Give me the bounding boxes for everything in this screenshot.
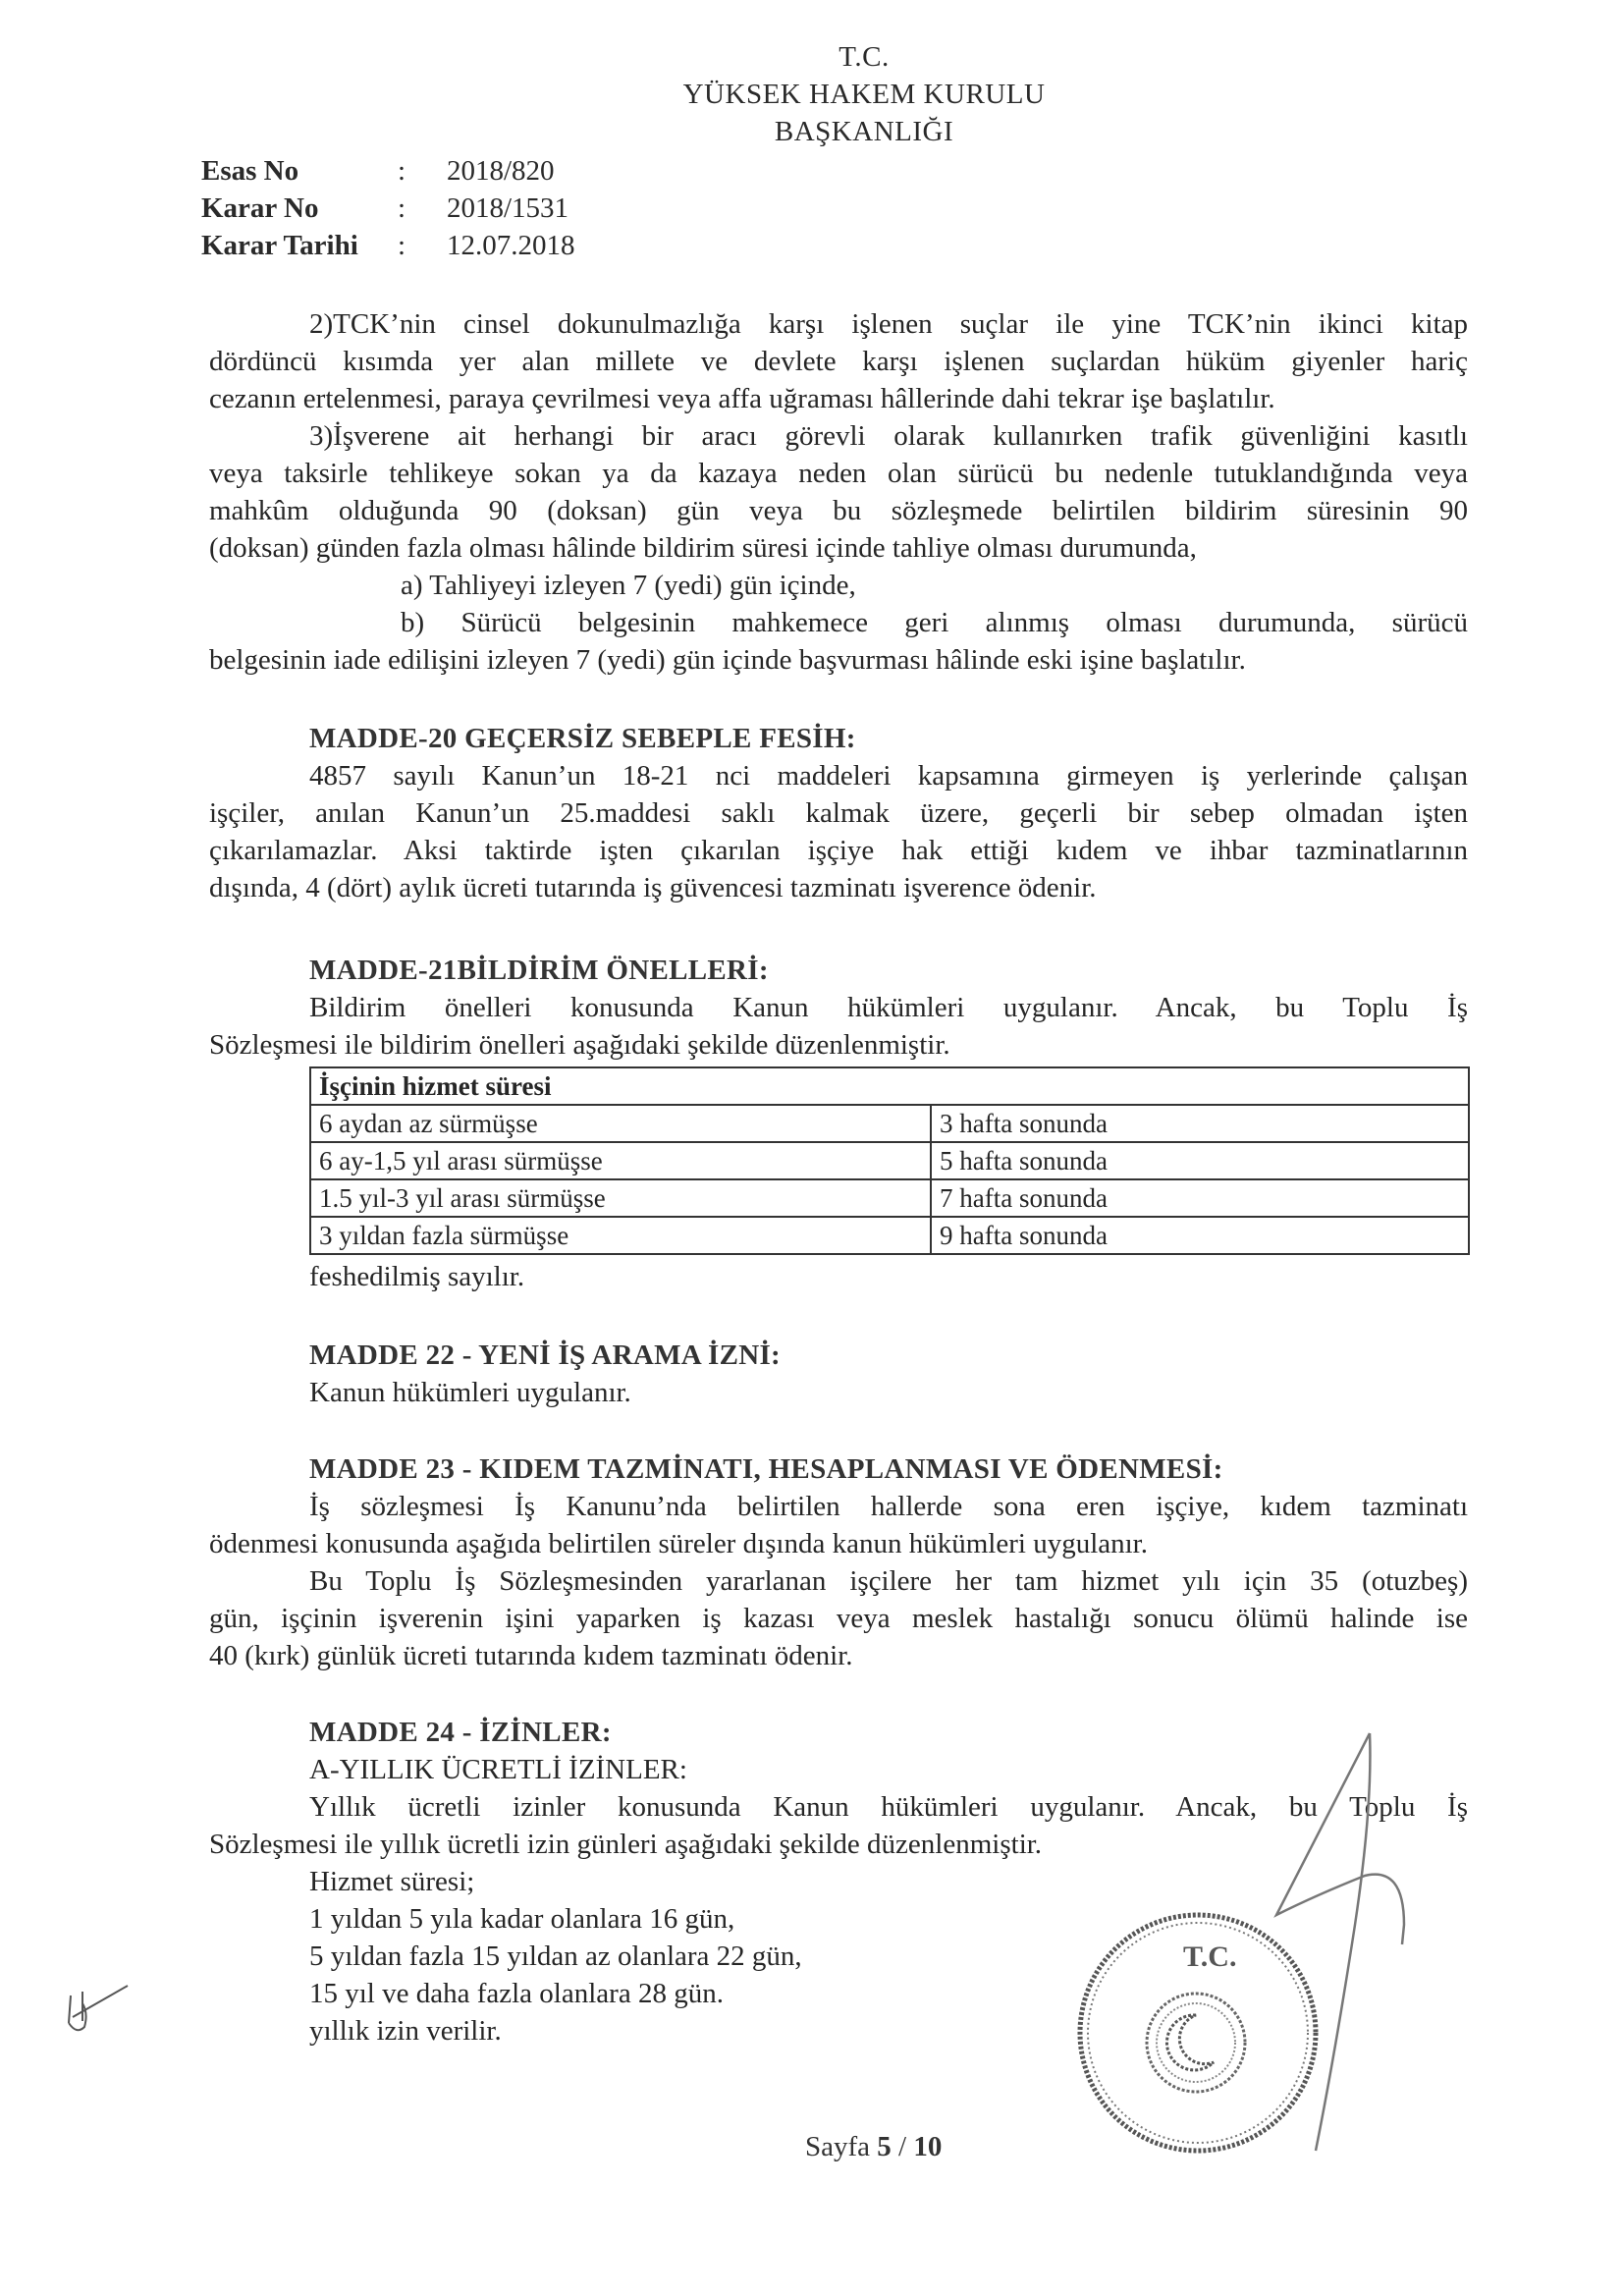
paragraph-line: gün, işçinin işverenin işini yaparken iş… [209, 1601, 1468, 1636]
meta-value: 2018/820 [447, 155, 555, 187]
section-heading-madde-22: MADDE 22 - YENİ İŞ ARAMA İZNİ: [309, 1338, 1468, 1373]
paragraph-line: Bu Toplu İş Sözleşmesinden yararlanan iş… [309, 1563, 1468, 1599]
paragraph-line: Bildirim önelleri konusunda Kanun hüküml… [309, 990, 1468, 1025]
paragraph-line: cezanın ertelenmesi, paraya çevrilmesi v… [209, 381, 1468, 416]
paragraph-line: 40 (kırk) günlük ücreti tutarında kıdem … [209, 1638, 1468, 1673]
paragraph-line: İş sözleşmesi İş Kanunu’nda belirtilen h… [309, 1489, 1468, 1524]
paragraph-line: çıkarılamazlar. Aksi taktirde işten çıka… [209, 833, 1468, 868]
section-heading-madde-23: MADDE 23 - KIDEM TAZMİNATI, HESAPLANMASI… [309, 1451, 1468, 1487]
table-cell-notice: 9 hafta sonunda [931, 1217, 1469, 1254]
official-stamp-icon: T.C. [1070, 1905, 1325, 2160]
section-heading-madde-21: MADDE-21BİLDİRİM ÖNELLERİ: [309, 953, 1468, 988]
header-presidency: BAŞKANLIĞI [589, 116, 1139, 148]
page-separator: / [898, 2131, 906, 2162]
paragraph-line: dışında, 4 (dört) aylık ücreti tutarında… [209, 870, 1468, 905]
meta-esas-no: Esas No:2018/820 [201, 155, 555, 188]
page-total: 10 [913, 2131, 942, 2162]
section-heading-madde-20: MADDE-20 GEÇERSİZ SEBEPLE FESİH: [309, 721, 1468, 756]
table-cell-duration: 6 aydan az sürmüşse [310, 1105, 931, 1142]
table-row: 1.5 yıl-3 yıl arası sürmüşse 7 hafta son… [310, 1179, 1469, 1217]
table-cell-notice: 3 hafta sonunda [931, 1105, 1469, 1142]
paragraph-line: dördüncü kısımda yer alan millete ve dev… [209, 344, 1468, 379]
initials-mark-icon [59, 1984, 137, 2043]
table-row: 6 aydan az sürmüşse 3 hafta sonunda [310, 1105, 1469, 1142]
meta-value: 2018/1531 [447, 192, 568, 224]
paragraph-line: Sözleşmesi ile bildirim önelleri aşağıda… [209, 1027, 1468, 1063]
paragraph-line: belgesinin iade edilişini izleyen 7 (yed… [209, 642, 1468, 678]
table-row: 6 ay-1,5 yıl arası sürmüşse 5 hafta sonu… [310, 1142, 1469, 1179]
meta-label: Esas No [201, 155, 398, 188]
page-number: Sayfa 5 / 10 [805, 2131, 942, 2163]
list-item-a: a) Tahliyeyi izleyen 7 (yedi) gün içinde… [401, 568, 1468, 603]
meta-label: Karar Tarihi [201, 230, 398, 262]
meta-value: 12.07.2018 [447, 230, 575, 261]
table-cell-duration: 3 yıldan fazla sürmüşse [310, 1217, 931, 1254]
paragraph-line: (doksan) günden fazla olması hâlinde bil… [209, 530, 1468, 566]
header-institution: YÜKSEK HAKEM KURULU [589, 79, 1139, 111]
meta-colon: : [398, 155, 447, 188]
paragraph-line: veya taksirle tehlikeye sokan ya da kaza… [209, 456, 1468, 491]
table-row: 3 yıldan fazla sürmüşse 9 hafta sonunda [310, 1217, 1469, 1254]
meta-karar-no: Karar No:2018/1531 [201, 192, 568, 225]
paragraph-line: 4857 sayılı Kanun’un 18-21 nci maddeleri… [309, 758, 1468, 793]
svg-text:T.C.: T.C. [1183, 1941, 1236, 1973]
paragraph-line: feshedilmiş sayılır. [309, 1259, 1468, 1294]
table-cell-duration: 6 ay-1,5 yıl arası sürmüşse [310, 1142, 931, 1179]
meta-colon: : [398, 192, 447, 225]
header-tc: T.C. [589, 41, 1139, 74]
meta-label: Karar No [201, 192, 398, 225]
table-header: İşçinin hizmet süresi [310, 1067, 1469, 1105]
paragraph-line: mahkûm olduğunda 90 (doksan) gün veya bu… [209, 493, 1468, 528]
table-cell-notice: 5 hafta sonunda [931, 1142, 1469, 1179]
meta-colon: : [398, 230, 447, 262]
paragraph-line: Kanun hükümleri uygulanır. [309, 1375, 1468, 1410]
table-cell-duration: 1.5 yıl-3 yıl arası sürmüşse [310, 1179, 931, 1217]
paragraph-line: işçiler, anılan Kanun’un 25.maddesi sakl… [209, 795, 1468, 831]
page-current: 5 [877, 2131, 892, 2162]
paragraph-line: ödenmesi konusunda aşağıda belirtilen sü… [209, 1526, 1468, 1561]
paragraph-line: 2)TCK’nin cinsel dokunulmazlığa karşı iş… [309, 306, 1468, 342]
list-item-b: b) Sürücü belgesinin mahkemece geri alın… [401, 605, 1468, 640]
notice-period-table: İşçinin hizmet süresi 6 aydan az sürmüşs… [309, 1066, 1470, 1255]
page-label: Sayfa [805, 2131, 870, 2162]
meta-karar-tarihi: Karar Tarihi:12.07.2018 [201, 230, 575, 262]
table-header-row: İşçinin hizmet süresi [310, 1067, 1469, 1105]
paragraph-line: 3)İşverene ait herhangi bir aracı görevl… [309, 418, 1468, 454]
table-cell-notice: 7 hafta sonunda [931, 1179, 1469, 1217]
